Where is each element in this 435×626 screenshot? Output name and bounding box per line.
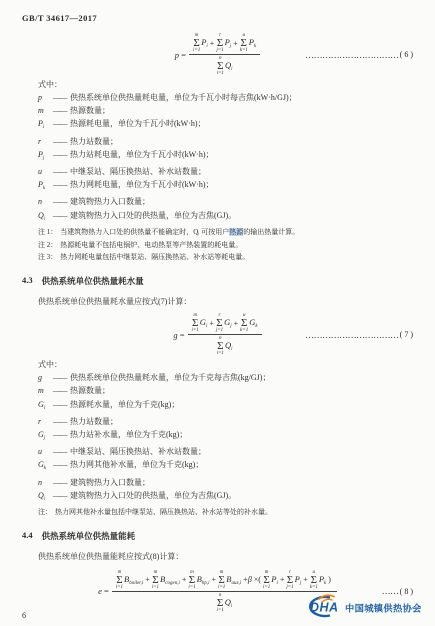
summation-term: mΣi=1Bboiler,i: [116, 570, 144, 590]
definition-text: 热力网其他补水量，单位为千克(kg)；: [70, 458, 203, 471]
notes-list-7: 注： 热力网其他补水量包括中继泵站、隔压换热站、补水站等处的补水量。: [22, 506, 413, 519]
summation-term: mΣi=1Pi: [263, 570, 278, 590]
definition-row: u —— 中继泵站、隔压换热站、补水站数量；: [22, 445, 413, 458]
symbol-definition-list-6: p —— 供热系统单位供热量耗电量，单位为千瓦小时每吉焦(kW·h/GJ)； m…: [22, 91, 413, 226]
document-page: GB/T 34617—2017 p = mΣi=1Pi+rΣj=1Pj+uΣk=…: [0, 0, 435, 626]
operator: +: [280, 575, 285, 584]
definition-row: Gi —— 热源耗水量，单位为千克(kg)；: [22, 398, 413, 415]
page-footer: 6 DHA 中国城镇供热协会: [22, 594, 421, 620]
dash: ——: [53, 165, 66, 178]
dash: ——: [53, 398, 66, 411]
note: 注 3： 热力网耗电量包括中继泵站、隔压换热站、补水站等耗电量。: [22, 251, 413, 264]
summation-term: rΣj=1Gj: [216, 313, 232, 333]
note-text-part: 热力网其他补水量包括中继泵站、隔压换热站、补水站等处的补水量。: [55, 508, 272, 516]
section-number: 4.3: [22, 275, 33, 287]
symbol: Gi: [38, 398, 53, 415]
operator: +: [303, 575, 308, 584]
equation-leader-dots: ……………………………: [305, 50, 399, 60]
symbol: r: [38, 135, 53, 148]
definition-text: 建筑物热力入口处的供热量，单位为吉焦(GJ)。: [70, 489, 236, 502]
section-title: 供热系统单位供热量能耗: [42, 530, 136, 542]
dash: ——: [53, 371, 66, 384]
definition-text: 热力站耗电量，单位为千瓦小时(kW·h)；: [70, 148, 214, 161]
summation-term: nΣi=1Qi: [217, 336, 233, 356]
variable: Bboiler,i: [124, 574, 143, 586]
note-text: 热力网其他补水量包括中继泵站、隔压换热站、补水站等处的补水量。: [55, 506, 272, 519]
definition-text: 热力站补水量，单位为千克(kg)；: [70, 428, 187, 441]
definition-text: 热源数量；: [70, 384, 110, 397]
summation-term: uΣk=1Pk: [310, 570, 327, 590]
definition-row: m —— 热源数量；: [22, 104, 413, 117]
summation-term: mΣi=1Pi: [193, 33, 208, 53]
operator: +: [145, 575, 150, 584]
text-highlight: 热源: [229, 228, 243, 236]
note-text-part: 热源耗电量不包括电锅炉、电动热泵等产热装置的耗电量。: [60, 241, 242, 249]
equation-reference: …………………………… ( 6 ): [305, 50, 413, 60]
paragraph-4-3: 供热系统单位供热量耗水量应按式(7)计算：: [22, 296, 413, 307]
summation-term: mΣi=1Baux,i: [218, 570, 241, 590]
equation-6-fraction: p = mΣi=1Pi+rΣj=1Pj+uΣk=1PknΣi=1Qi: [175, 33, 260, 76]
definition-text: 热力站数量；: [70, 415, 118, 428]
symbol-definition-list-7: g —— 供热系统单位供热量耗水量，单位为千克每吉焦(kg/GJ)； m —— …: [22, 371, 413, 506]
note-text-part: 当建筑物热力入口处的供热量不能确定时，Qᵢ 可按用户: [60, 228, 229, 236]
definition-row: Pk —— 热力网耗电量，单位为千瓦小时(kW·h)；: [22, 178, 413, 195]
variable: Pj: [295, 574, 302, 586]
variable: Baux,i: [226, 574, 241, 586]
operator: +: [210, 39, 215, 48]
variable: Qi: [225, 340, 233, 352]
note-text-part: 热力网耗电量包括中继泵站、隔压换热站、补水站等耗电量。: [60, 253, 249, 261]
definition-text: 建筑物热力入口处的供热量，单位为吉焦(GJ)。: [70, 209, 236, 222]
definition-text: 热源数量；: [70, 104, 110, 117]
dash: ——: [53, 384, 66, 397]
definition-row: Qi —— 建筑物热力入口处的供热量，单位为吉焦(GJ)。: [22, 209, 413, 226]
dash: ——: [53, 104, 66, 117]
note: 注： 热力网其他补水量包括中继泵站、隔压换热站、补水站等处的补水量。: [22, 506, 413, 519]
symbol: u: [38, 445, 53, 458]
definition-text: 热源耗水量，单位为千克(kg)；: [70, 398, 179, 411]
summation-term: uΣk=1Gk: [240, 313, 257, 333]
symbol: Qi: [38, 489, 53, 506]
equation-number: ( 7 ): [400, 330, 413, 339]
dash: ——: [53, 178, 66, 191]
summation-term: mΣi=1Bcogen,i: [152, 570, 180, 590]
definition-text: 供热系统单位供热量耗电量，单位为千瓦小时每吉焦(kW·h/GJ)；: [70, 91, 297, 104]
symbol: n: [38, 195, 53, 208]
definition-row: Pi —— 热源耗电量，单位为千瓦小时(kW·h)；: [22, 117, 413, 134]
page-content: GB/T 34617—2017 p = mΣi=1Pi+rΣj=1Pj+uΣk=…: [0, 0, 435, 613]
definition-row: r —— 热力站数量；: [22, 135, 413, 148]
equation-7-fraction: g = mΣi=1Gi+rΣj=1Gj+uΣk=1GknΣi=1Qi: [173, 313, 261, 356]
variable: Pi: [201, 37, 208, 49]
where-label: 式中：: [22, 79, 413, 90]
variable: Gk: [249, 317, 257, 329]
definition-text: 热力站数量；: [70, 135, 118, 148]
section-number: 4.4: [22, 530, 33, 542]
note-label: 注 3：: [38, 251, 57, 264]
equation-7: g = mΣi=1Gi+rΣj=1Gj+uΣk=1GknΣi=1Qi ………………: [22, 313, 413, 356]
note-label: 注 2：: [38, 239, 57, 252]
where-label: 式中：: [22, 359, 413, 370]
variable: Gi: [200, 317, 208, 329]
definition-text: 中继泵站、隔压换热站、补水站数量；: [70, 165, 206, 178]
note-text: 热源耗电量不包括电锅炉、电动热泵等产热装置的耗电量。: [60, 239, 242, 252]
definition-text: 建筑物热力入口数量；: [70, 476, 150, 489]
symbol: Qi: [38, 209, 53, 226]
definition-row: n —— 建筑物热力入口数量；: [22, 195, 413, 208]
definition-row: Gj —— 热力站补水量，单位为千克(kg)；: [22, 428, 413, 445]
dash: ——: [53, 476, 66, 489]
symbol: Pk: [38, 178, 53, 195]
symbol: n: [38, 476, 53, 489]
definition-text: 建筑物热力入口数量；: [70, 195, 150, 208]
symbol: g: [38, 371, 53, 384]
section-title: 供热系统单位供热量耗水量: [42, 275, 144, 287]
definition-row: n —— 建筑物热力入口数量；: [22, 476, 413, 489]
definition-text: 热力网耗电量，单位为千瓦小时(kW·h)；: [70, 178, 214, 191]
dash: ——: [53, 91, 66, 104]
dash: ——: [53, 415, 66, 428]
symbol: Gj: [38, 428, 53, 445]
operator: +β ×(: [243, 575, 261, 584]
section-heading-4-3: 4.3 供热系统单位供热量耗水量: [22, 275, 413, 287]
dash: ——: [53, 428, 66, 441]
dash: ——: [53, 135, 66, 148]
variable: Gj: [224, 317, 232, 329]
equation-6: p = mΣi=1Pi+rΣj=1Pj+uΣk=1PknΣi=1Qi ………………: [22, 33, 413, 76]
symbol: m: [38, 384, 53, 397]
dash: ——: [53, 195, 66, 208]
dash: ——: [53, 458, 66, 471]
equation-reference: …………………………… ( 7 ): [305, 330, 413, 340]
logo-org-name: 中国城镇供热协会: [345, 603, 421, 614]
variable: Pk: [319, 574, 326, 586]
definition-row: Pj —— 热力站耗电量，单位为千瓦小时(kW·h)；: [22, 148, 413, 165]
dash: ——: [53, 445, 66, 458]
symbol: Pj: [38, 148, 53, 165]
dash: ——: [53, 148, 66, 161]
definition-row: g —— 供热系统单位供热量耗水量，单位为千克每吉焦(kg/GJ)；: [22, 371, 413, 384]
operator: ): [328, 575, 331, 584]
note: 注 2： 热源耗电量不包括电锅炉、电动热泵等产热装置的耗电量。: [22, 239, 413, 252]
variable: Pi: [271, 574, 278, 586]
summation-term: mΣi=1Bhp,i: [188, 570, 209, 590]
definition-row: p —— 供热系统单位供热量耗电量，单位为千瓦小时每吉焦(kW·h/GJ)；: [22, 91, 413, 104]
variable: Bhp,i: [197, 574, 210, 586]
paragraph-4-4: 供热系统单位供热量能耗应按式(8)计算：: [22, 551, 413, 562]
operator: +: [209, 319, 214, 328]
definition-row: m —— 热源数量；: [22, 384, 413, 397]
variable: Pk: [249, 37, 256, 49]
page-number: 6: [22, 611, 26, 620]
symbol: r: [38, 415, 53, 428]
equation-number: ( 6 ): [400, 50, 413, 59]
definition-text: 中继泵站、隔压换热站、补水站数量；: [70, 445, 206, 458]
operator: +: [182, 575, 187, 584]
variable: Bcogen,i: [160, 574, 180, 586]
symbol: Gk: [38, 458, 53, 475]
symbol: m: [38, 104, 53, 117]
dash: ——: [53, 209, 66, 222]
note-label: 注 1：: [38, 226, 57, 239]
operator: +: [233, 39, 238, 48]
operator: +: [211, 575, 216, 584]
dash: ——: [53, 117, 66, 130]
summation-term: rΣj=1Pj: [286, 570, 301, 590]
note-text: 当建筑物热力入口处的供热量不能确定时，Qᵢ 可按用户热源的输出热量计算。: [60, 226, 299, 239]
symbol: u: [38, 165, 53, 178]
operator: +: [234, 319, 239, 328]
symbol: p: [38, 91, 53, 104]
cdha-logo: DHA 中国城镇供热协会: [297, 594, 421, 620]
summation-term: nΣi=1Qi: [217, 56, 233, 76]
note-label: 注：: [38, 506, 52, 519]
symbol: Pi: [38, 117, 53, 134]
definition-text: 供热系统单位供热量耗水量，单位为千克每吉焦(kg/GJ)；: [70, 371, 270, 384]
logo-abbr: DHA: [310, 601, 339, 615]
definition-row: Gk —— 热力网其他补水量，单位为千克(kg)；: [22, 458, 413, 475]
definition-row: r —— 热力站数量；: [22, 415, 413, 428]
variable: Qi: [225, 60, 233, 72]
note-text-part: 的输出热量计算。: [243, 228, 299, 236]
doc-standard-number: GB/T 34617—2017: [22, 13, 413, 23]
summation-term: rΣj=1Pj: [216, 33, 231, 53]
note-text: 热力网耗电量包括中继泵站、隔压换热站、补水站等耗电量。: [60, 251, 249, 264]
section-heading-4-4: 4.4 供热系统单位供热量能耗: [22, 530, 413, 542]
summation-term: mΣi=1Gi: [192, 313, 208, 333]
variable: Pj: [225, 37, 232, 49]
equation-lhs: g =: [173, 330, 184, 340]
definition-row: u —— 中继泵站、隔压换热站、补水站数量；: [22, 165, 413, 178]
notes-list-6: 注 1： 当建筑物热力入口处的供热量不能确定时，Qᵢ 可按用户热源的输出热量计算…: [22, 226, 413, 264]
dash: ——: [53, 489, 66, 502]
summation-term: uΣk=1Pk: [240, 33, 257, 53]
equation-leader-dots: ……………………………: [305, 330, 399, 340]
equation-lhs: p =: [175, 50, 186, 60]
note: 注 1： 当建筑物热力入口处的供热量不能确定时，Qᵢ 可按用户热源的输出热量计算…: [22, 226, 413, 239]
definition-row: Qi —— 建筑物热力入口处的供热量，单位为吉焦(GJ)。: [22, 489, 413, 506]
definition-text: 热源耗电量，单位为千瓦小时(kW·h)；: [70, 117, 206, 130]
